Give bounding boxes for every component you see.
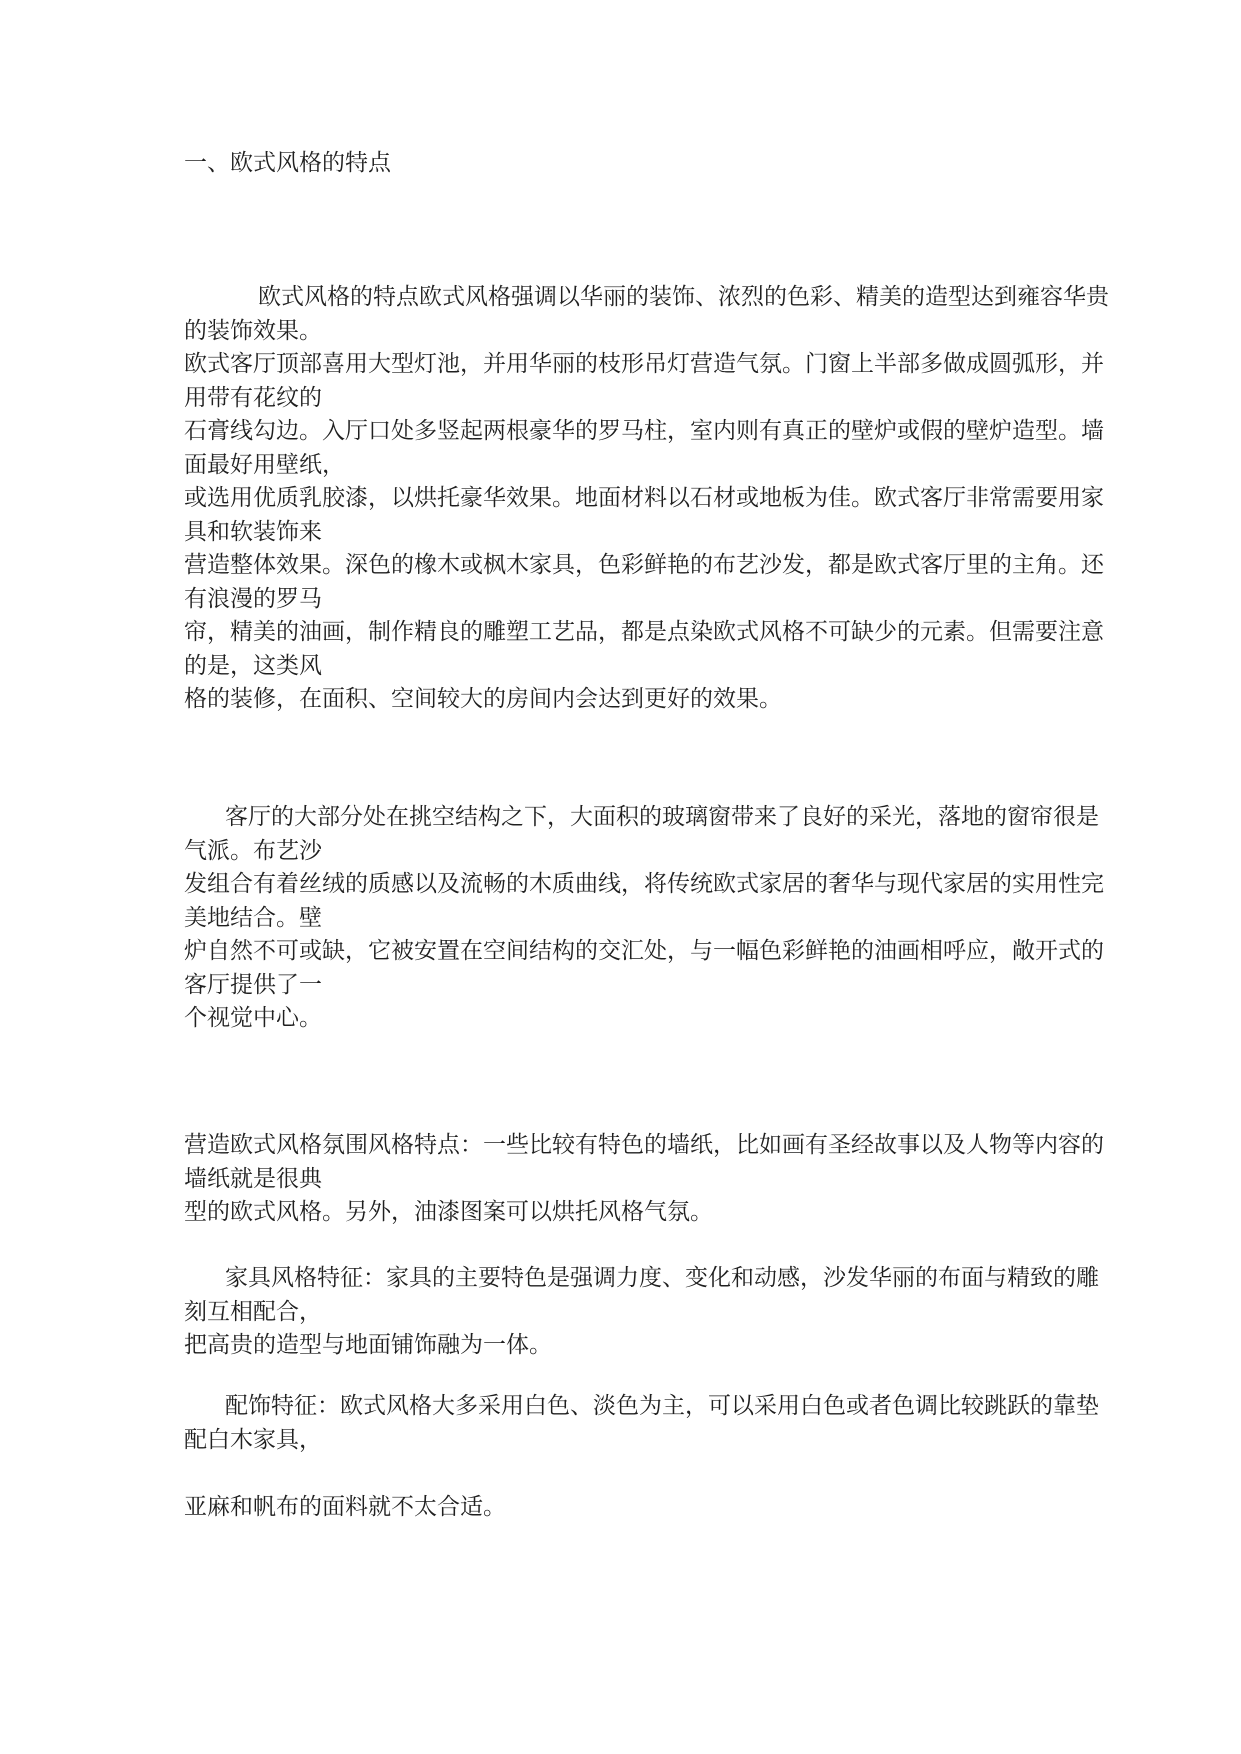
text-line: 墙纸就是很典 bbox=[184, 1162, 1144, 1196]
text-line: 配饰特征：欧式风格大多采用白色、淡色为主，可以采用白色或者色调比较跳跃的靠垫 bbox=[184, 1389, 1144, 1423]
text-line: 帘，精美的油画，制作精良的雕塑工艺品，都是点染欧式风格不可缺少的元素。但需要注意 bbox=[184, 615, 1144, 649]
text-line: 欧式风格的特点欧式风格强调以华丽的装饰、浓烈的色彩、精美的造型达到雍容华贵 bbox=[184, 280, 1144, 314]
text-line: 营造整体效果。深色的橡木或枫木家具，色彩鲜艳的布艺沙发，都是欧式客厅里的主角。还 bbox=[184, 548, 1144, 582]
text-line: 刻互相配合， bbox=[184, 1295, 1144, 1329]
text-line: 把高贵的造型与地面铺饰融为一体。 bbox=[184, 1328, 1144, 1362]
text-line: 格的装修，在面积、空间较大的房间内会达到更好的效果。 bbox=[184, 682, 1144, 716]
text-line: 气派。布艺沙 bbox=[184, 834, 1144, 868]
paragraph-2: 客厅的大部分处在挑空结构之下，大面积的玻璃窗带来了良好的采光，落地的窗帘很是气派… bbox=[184, 800, 1144, 1035]
text-line: 的是，这类风 bbox=[184, 649, 1144, 683]
paragraph-3: 营造欧式风格氛围风格特点：一些比较有特色的墙纸，比如画有圣经故事以及人物等内容的… bbox=[184, 1128, 1144, 1229]
text-line: 欧式客厅顶部喜用大型灯池，并用华丽的枝形吊灯营造气氛。门窗上半部多做成圆弧形，并 bbox=[184, 347, 1144, 381]
document-page: 一、欧式风格的特点 欧式风格的特点欧式风格强调以华丽的装饰、浓烈的色彩、精美的造… bbox=[0, 0, 1241, 1754]
document-heading: 一、欧式风格的特点 bbox=[184, 146, 1144, 180]
text-line: 个视觉中心。 bbox=[184, 1001, 1144, 1035]
text-line: 面最好用壁纸， bbox=[184, 448, 1144, 482]
text-line: 的装饰效果。 bbox=[184, 314, 1144, 348]
text-line: 用带有花纹的 bbox=[184, 381, 1144, 415]
text-line: 客厅的大部分处在挑空结构之下，大面积的玻璃窗带来了良好的采光，落地的窗帘很是 bbox=[184, 800, 1144, 834]
text-line: 炉自然不可或缺，它被安置在空间结构的交汇处，与一幅色彩鲜艳的油画相呼应，敞开式的 bbox=[184, 934, 1144, 968]
text-line: 美地结合。壁 bbox=[184, 901, 1144, 935]
text-line: 亚麻和帆布的面料就不太合适。 bbox=[184, 1490, 1144, 1524]
paragraph-4: 家具风格特征：家具的主要特色是强调力度、变化和动感，沙发华丽的布面与精致的雕刻互… bbox=[184, 1261, 1144, 1362]
text-line: 客厅提供了一 bbox=[184, 968, 1144, 1002]
paragraph-5: 配饰特征：欧式风格大多采用白色、淡色为主，可以采用白色或者色调比较跳跃的靠垫配白… bbox=[184, 1389, 1144, 1523]
text-line: 有浪漫的罗马 bbox=[184, 582, 1144, 616]
text-line: 配白木家具， bbox=[184, 1423, 1144, 1457]
text-line: 石膏线勾边。入厅口处多竖起两根豪华的罗马柱，室内则有真正的壁炉或假的壁炉造型。墙 bbox=[184, 414, 1144, 448]
text-line bbox=[184, 1456, 1144, 1490]
text-line: 型的欧式风格。另外，油漆图案可以烘托风格气氛。 bbox=[184, 1195, 1144, 1229]
text-line: 发组合有着丝绒的质感以及流畅的木质曲线，将传统欧式家居的奢华与现代家居的实用性完 bbox=[184, 867, 1144, 901]
text-line: 或选用优质乳胶漆，以烘托豪华效果。地面材料以石材或地板为佳。欧式客厅非常需要用家 bbox=[184, 481, 1144, 515]
paragraph-1: 欧式风格的特点欧式风格强调以华丽的装饰、浓烈的色彩、精美的造型达到雍容华贵的装饰… bbox=[184, 280, 1144, 716]
text-line: 家具风格特征：家具的主要特色是强调力度、变化和动感，沙发华丽的布面与精致的雕 bbox=[184, 1261, 1144, 1295]
text-line: 具和软装饰来 bbox=[184, 515, 1144, 549]
text-line: 营造欧式风格氛围风格特点：一些比较有特色的墙纸，比如画有圣经故事以及人物等内容的 bbox=[184, 1128, 1144, 1162]
